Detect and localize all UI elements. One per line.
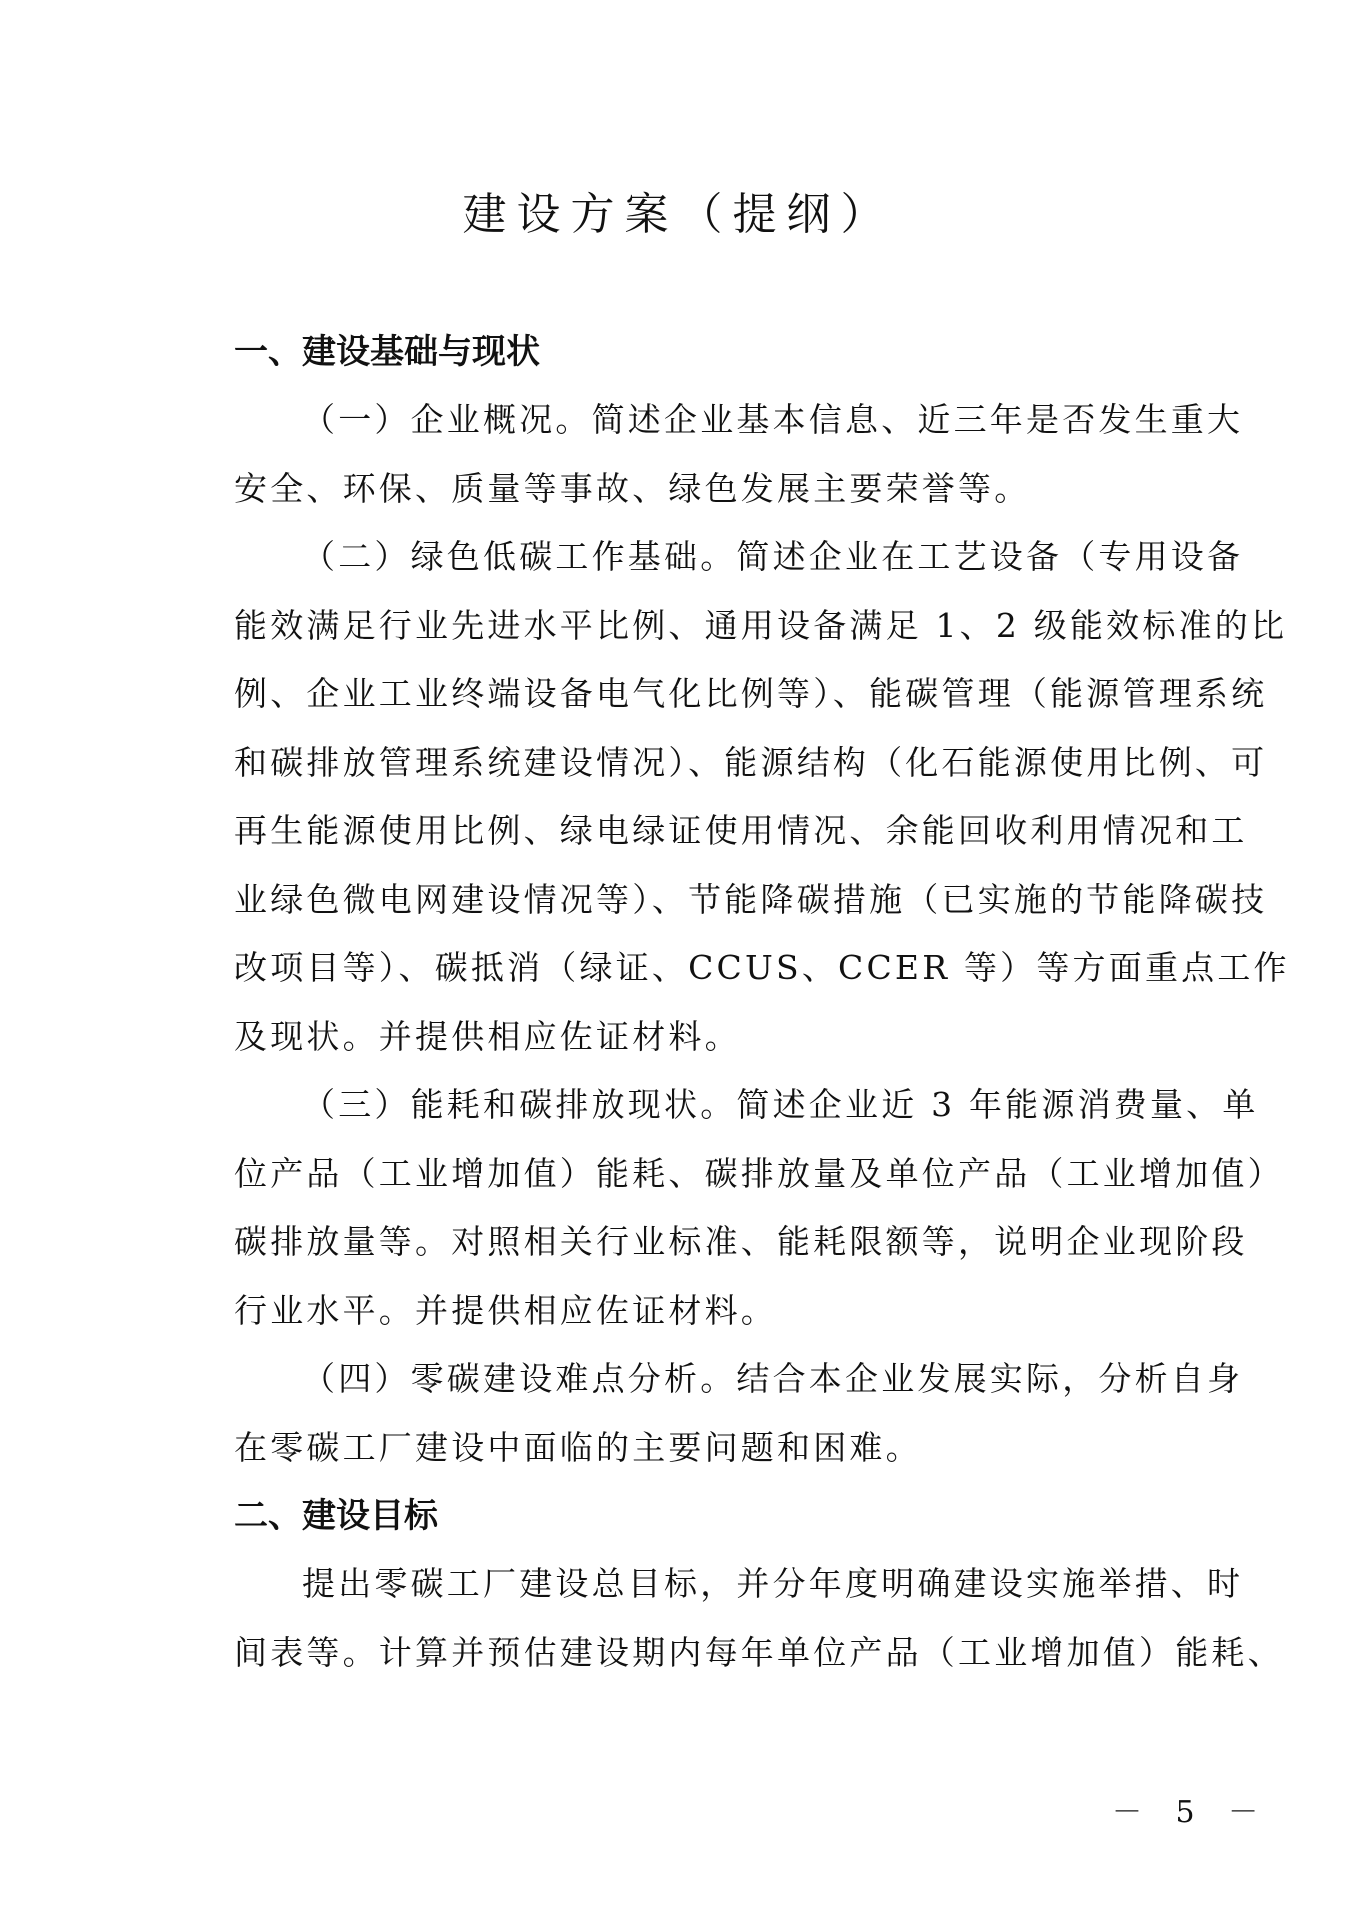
text-line: 和碳排放管理系统建设情况）、能源结构（化石能源使用比例、可 bbox=[166, 729, 1196, 798]
text-line: （一）企业概况。简述企业基本信息、近三年是否发生重大 bbox=[166, 386, 1196, 455]
paragraph-green-lowcarbon-basis: （二）绿色低碳工作基础。简述企业在工艺设备（专用设备 能效满足行业先进水平比例、… bbox=[166, 523, 1196, 1071]
text-line: 再生能源使用比例、绿电绿证使用情况、余能回收利用情况和工 bbox=[166, 797, 1196, 866]
text-line: 能效满足行业先进水平比例、通用设备满足 1、2 级能效标准的比 bbox=[166, 592, 1196, 661]
text-line: 位产品（工业增加值）能耗、碳排放量及单位产品（工业增加值） bbox=[166, 1140, 1196, 1209]
document-title: 建设方案（提纲） bbox=[0, 180, 1357, 250]
text-line: 安全、环保、质量等事故、绿色发展主要荣誉等。 bbox=[166, 455, 1196, 524]
paragraph-difficulty-analysis: （四）零碳建设难点分析。结合本企业发展实际，分析自身 在零碳工厂建设中面临的主要… bbox=[166, 1345, 1196, 1482]
text-line: 改项目等）、碳抵消（绿证、CCUS、CCER 等）等方面重点工作 bbox=[166, 934, 1196, 1003]
section-heading-1: 一、建设基础与现状 bbox=[166, 318, 1196, 386]
text-line: （二）绿色低碳工作基础。简述企业在工艺设备（专用设备 bbox=[166, 523, 1196, 592]
text-line: 提出零碳工厂建设总目标，并分年度明确建设实施举措、时 bbox=[166, 1550, 1196, 1619]
text-line: 业绿色微电网建设情况等）、节能降碳措施（已实施的节能降碳技 bbox=[166, 866, 1196, 935]
document-page: 建设方案（提纲） 一、建设基础与现状 （一）企业概况。简述企业基本信息、近三年是… bbox=[0, 0, 1357, 1920]
text-line: 例、企业工业终端设备电气化比例等）、能碳管理（能源管理系统 bbox=[166, 660, 1196, 729]
text-line: 碳排放量等。对照相关行业标准、能耗限额等，说明企业现阶段 bbox=[166, 1208, 1196, 1277]
section-heading-2: 二、建设目标 bbox=[166, 1482, 1196, 1550]
text-line: 间表等。计算并预估建设期内每年单位产品（工业增加值）能耗、 bbox=[166, 1619, 1196, 1688]
text-line: 及现状。并提供相应佐证材料。 bbox=[166, 1003, 1196, 1072]
paragraph-energy-carbon-status: （三）能耗和碳排放现状。简述企业近 3 年能源消费量、单 位产品（工业增加值）能… bbox=[166, 1071, 1196, 1345]
page-number: － 5 － bbox=[1112, 1787, 1270, 1831]
document-body: 一、建设基础与现状 （一）企业概况。简述企业基本信息、近三年是否发生重大 安全、… bbox=[166, 318, 1196, 1687]
paragraph-company-overview: （一）企业概况。简述企业基本信息、近三年是否发生重大 安全、环保、质量等事故、绿… bbox=[166, 386, 1196, 523]
text-line: 行业水平。并提供相应佐证材料。 bbox=[166, 1277, 1196, 1346]
text-line: 在零碳工厂建设中面临的主要问题和困难。 bbox=[166, 1414, 1196, 1483]
text-line: （三）能耗和碳排放现状。简述企业近 3 年能源消费量、单 bbox=[166, 1071, 1196, 1140]
paragraph-construction-goals: 提出零碳工厂建设总目标，并分年度明确建设实施举措、时 间表等。计算并预估建设期内… bbox=[166, 1550, 1196, 1687]
text-line: （四）零碳建设难点分析。结合本企业发展实际，分析自身 bbox=[166, 1345, 1196, 1414]
